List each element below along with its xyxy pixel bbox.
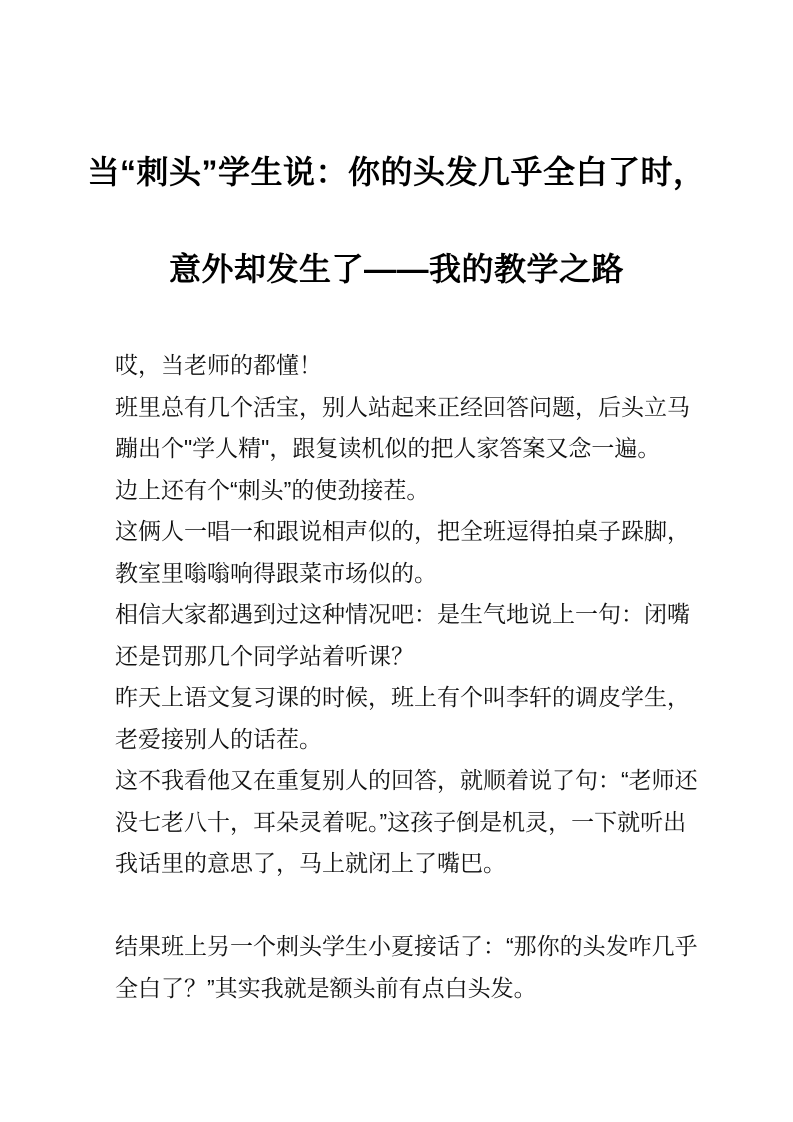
paragraph: 昨天上语文复习课的时候，班上有个叫李轩的调皮学生， 老爱接别人的话茬。 — [115, 677, 710, 760]
paragraph: 结果班上另一个刺头学生小夏接话了：“那你的头发咋几乎 全白了？”其实我就是额头前… — [115, 926, 710, 1009]
paragraph — [115, 885, 710, 927]
paragraph: 这俩人一唱一和跟说相声似的，把全班逗得拍桌子跺脚， 教室里嗡嗡响得跟菜市场似的。 — [115, 511, 710, 594]
document-title: 当“刺头”学生说：你的头发几乎全白了时， 意外却发生了——我的教学之路 — [0, 124, 793, 318]
paragraph: 哎，当老师的都懂！ — [115, 345, 710, 387]
paragraph: 这不我看他又在重复别人的回答，就顺着说了句：“老师还 没七老八十，耳朵灵着呢。”… — [115, 760, 710, 885]
paragraph: 相信大家都遇到过这种情况吧：是生气地说上一句：闭嘴 还是罚那几个同学站着听课？ — [115, 594, 710, 677]
paragraph: 班里总有几个活宝，别人站起来正经回答问题，后头立马 蹦出个"学人精"，跟复读机似… — [115, 387, 710, 470]
document-page: 当“刺头”学生说：你的头发几乎全白了时， 意外却发生了——我的教学之路 哎，当老… — [0, 0, 793, 1122]
paragraph: 边上还有个“刺头”的使劲接茬。 — [115, 470, 710, 512]
body-paragraphs: 哎，当老师的都懂！班里总有几个活宝，别人站起来正经回答问题，后头立马 蹦出个"学… — [115, 345, 710, 1009]
